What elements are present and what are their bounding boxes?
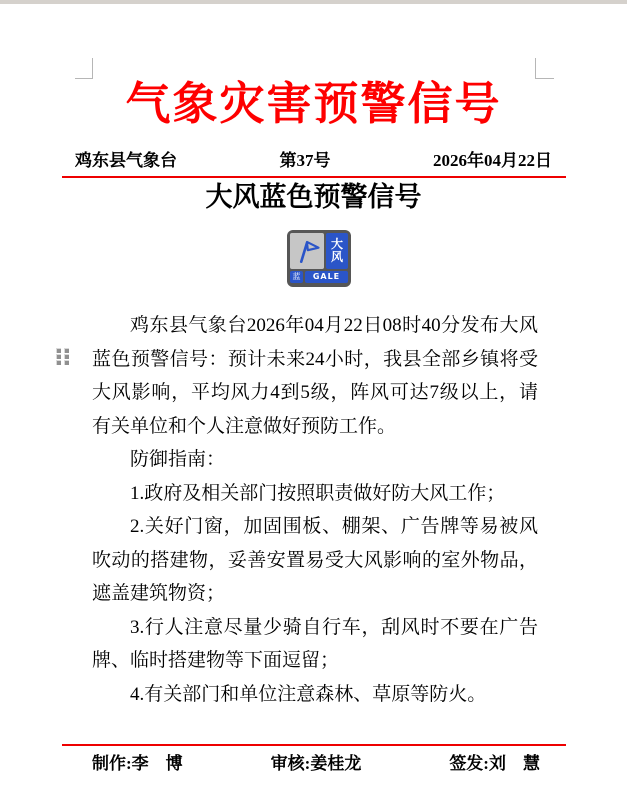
body-paragraph-guide-4: 4.有关部门和单位注意森林、草原等防火。 (92, 678, 538, 712)
body-paragraph-guide-heading: 防御指南： (92, 443, 538, 477)
window-top-edge (0, 0, 627, 4)
body-paragraph-guide-2: 2.关好门窗，加固围板、棚架、广告牌等易被风吹动的搭建物，妥善安置易受大风影响的… (92, 510, 538, 611)
maker-signature: 制作:李 博 (92, 752, 183, 776)
sign-level-cn: 蓝 (290, 271, 303, 283)
drag-handle[interactable] (56, 348, 69, 366)
warning-subtitle: 大风蓝色预警信号 (0, 180, 627, 214)
document-meta-row: 鸡东县气象台 第37号 2026年04月22日 (75, 149, 552, 173)
issue-number: 第37号 (280, 149, 331, 173)
sign-name-char-2: 风 (331, 251, 343, 264)
signature-row: 制作:李 博 审核:姜桂龙 签发:刘 慧 (92, 752, 540, 776)
header-rule (62, 176, 566, 178)
gale-blue-warning-sign: 大 风 蓝 GALE (287, 230, 351, 287)
sign-name-cn: 大 风 (326, 233, 348, 269)
sign-name-en: GALE (305, 271, 348, 283)
issuer-signature: 签发:刘 慧 (449, 752, 540, 776)
body-paragraph-guide-3: 3.行人注意尽量少骑自行车，刮风时不要在广告牌、临时搭建物等下面逗留； (92, 611, 538, 678)
reviewer-signature: 审核:姜桂龙 (271, 752, 362, 776)
body-paragraph-guide-1: 1.政府及相关部门按照职责做好防大风工作； (92, 477, 538, 511)
warning-body: 鸡东县气象台2026年04月22日08时40分发布大风蓝色预警信号：预计未来24… (92, 309, 538, 711)
issue-date: 2026年04月22日 (433, 149, 552, 173)
footer-rule (62, 744, 566, 746)
issuing-station: 鸡东县气象台 (75, 149, 177, 173)
wind-flag-icon (290, 233, 324, 269)
body-paragraph-issue: 鸡东县气象台2026年04月22日08时40分发布大风蓝色预警信号：预计未来24… (92, 309, 538, 443)
document-title: 气象灾害预警信号 (0, 76, 627, 132)
